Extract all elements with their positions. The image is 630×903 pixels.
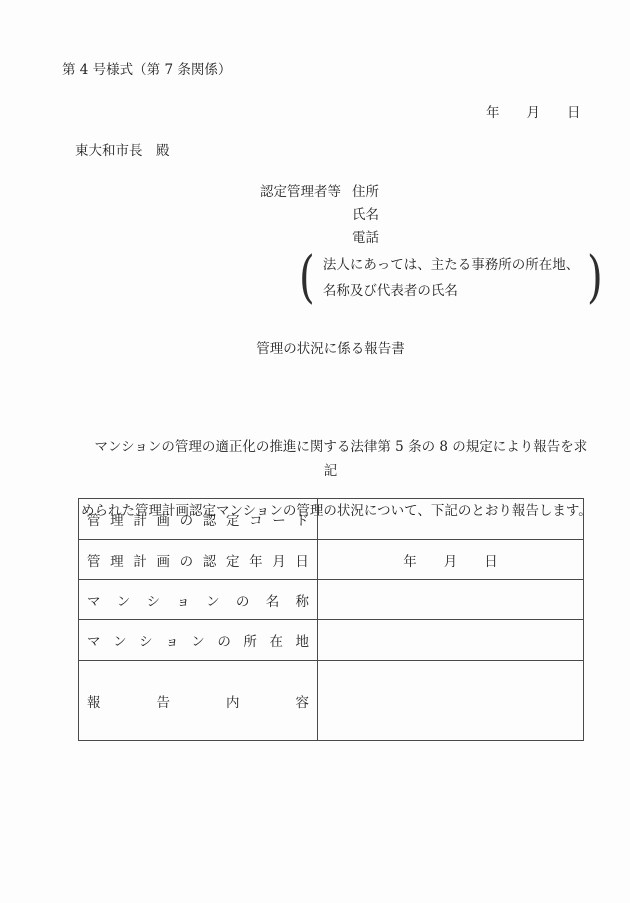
right-paren-bracket: )	[587, 249, 603, 307]
table-row: 管理計画の認定コード	[79, 499, 584, 540]
date-line: 年 月 日	[486, 103, 581, 123]
sender-label: 認定管理者等	[260, 182, 341, 202]
corporate-note-line-1: 法人にあっては、主たる事務所の所在地、	[323, 252, 579, 278]
sender-field-name: 氏名	[352, 205, 379, 225]
row-value-cell	[318, 620, 584, 661]
row-label: マンションの名称	[87, 590, 309, 610]
recipient: 東大和市長 殿	[75, 141, 170, 161]
left-paren-bracket: (	[299, 249, 315, 307]
row-value-cell	[318, 580, 584, 620]
document-page: 第 4 号様式（第 7 条関係） 年 月 日 東大和市長 殿 認定管理者等 住所…	[0, 0, 630, 903]
sender-field-phone: 電話	[352, 228, 379, 248]
body-line-1: マンションの管理の適正化の推進に関する法律第 5 条の 8 の規定により報告を求	[81, 435, 581, 459]
table-row: マンションの名称	[79, 580, 584, 620]
report-table: 管理計画の認定コード 管理計画の認定年月日 年 月 日 マンションの名称 マンシ…	[78, 498, 584, 741]
row-label: マンションの所在地	[87, 630, 309, 650]
row-label: 管理計画の認定コード	[87, 509, 309, 529]
row-value-cell: 年 月 日	[318, 540, 584, 580]
row-value-cell	[318, 499, 584, 540]
corporate-note-line-2: 名称及び代表者の氏名	[323, 278, 579, 304]
report-title: 管理の状況に係る報告書	[78, 339, 583, 359]
section-mark-ki: 記	[78, 461, 583, 481]
row-label-cell: 報告内容	[79, 661, 318, 741]
row-label: 報告内容	[87, 691, 309, 711]
corporate-note-text: 法人にあっては、主たる事務所の所在地、 名称及び代表者の氏名	[323, 252, 579, 304]
row-value-cell	[318, 661, 584, 741]
form-number: 第 4 号様式（第 7 条関係）	[62, 60, 231, 80]
row-label-cell: 管理計画の認定コード	[79, 499, 318, 540]
table-row: 管理計画の認定年月日 年 月 日	[79, 540, 584, 580]
sender-field-address: 住所	[352, 182, 379, 202]
row-label-cell: 管理計画の認定年月日	[79, 540, 318, 580]
corporate-note: ( 法人にあっては、主たる事務所の所在地、 名称及び代表者の氏名 )	[296, 249, 606, 307]
table-row: 報告内容	[79, 661, 584, 741]
row-label-cell: マンションの名称	[79, 580, 318, 620]
table-row: マンションの所在地	[79, 620, 584, 661]
row-label: 管理計画の認定年月日	[87, 550, 309, 570]
row-label-cell: マンションの所在地	[79, 620, 318, 661]
